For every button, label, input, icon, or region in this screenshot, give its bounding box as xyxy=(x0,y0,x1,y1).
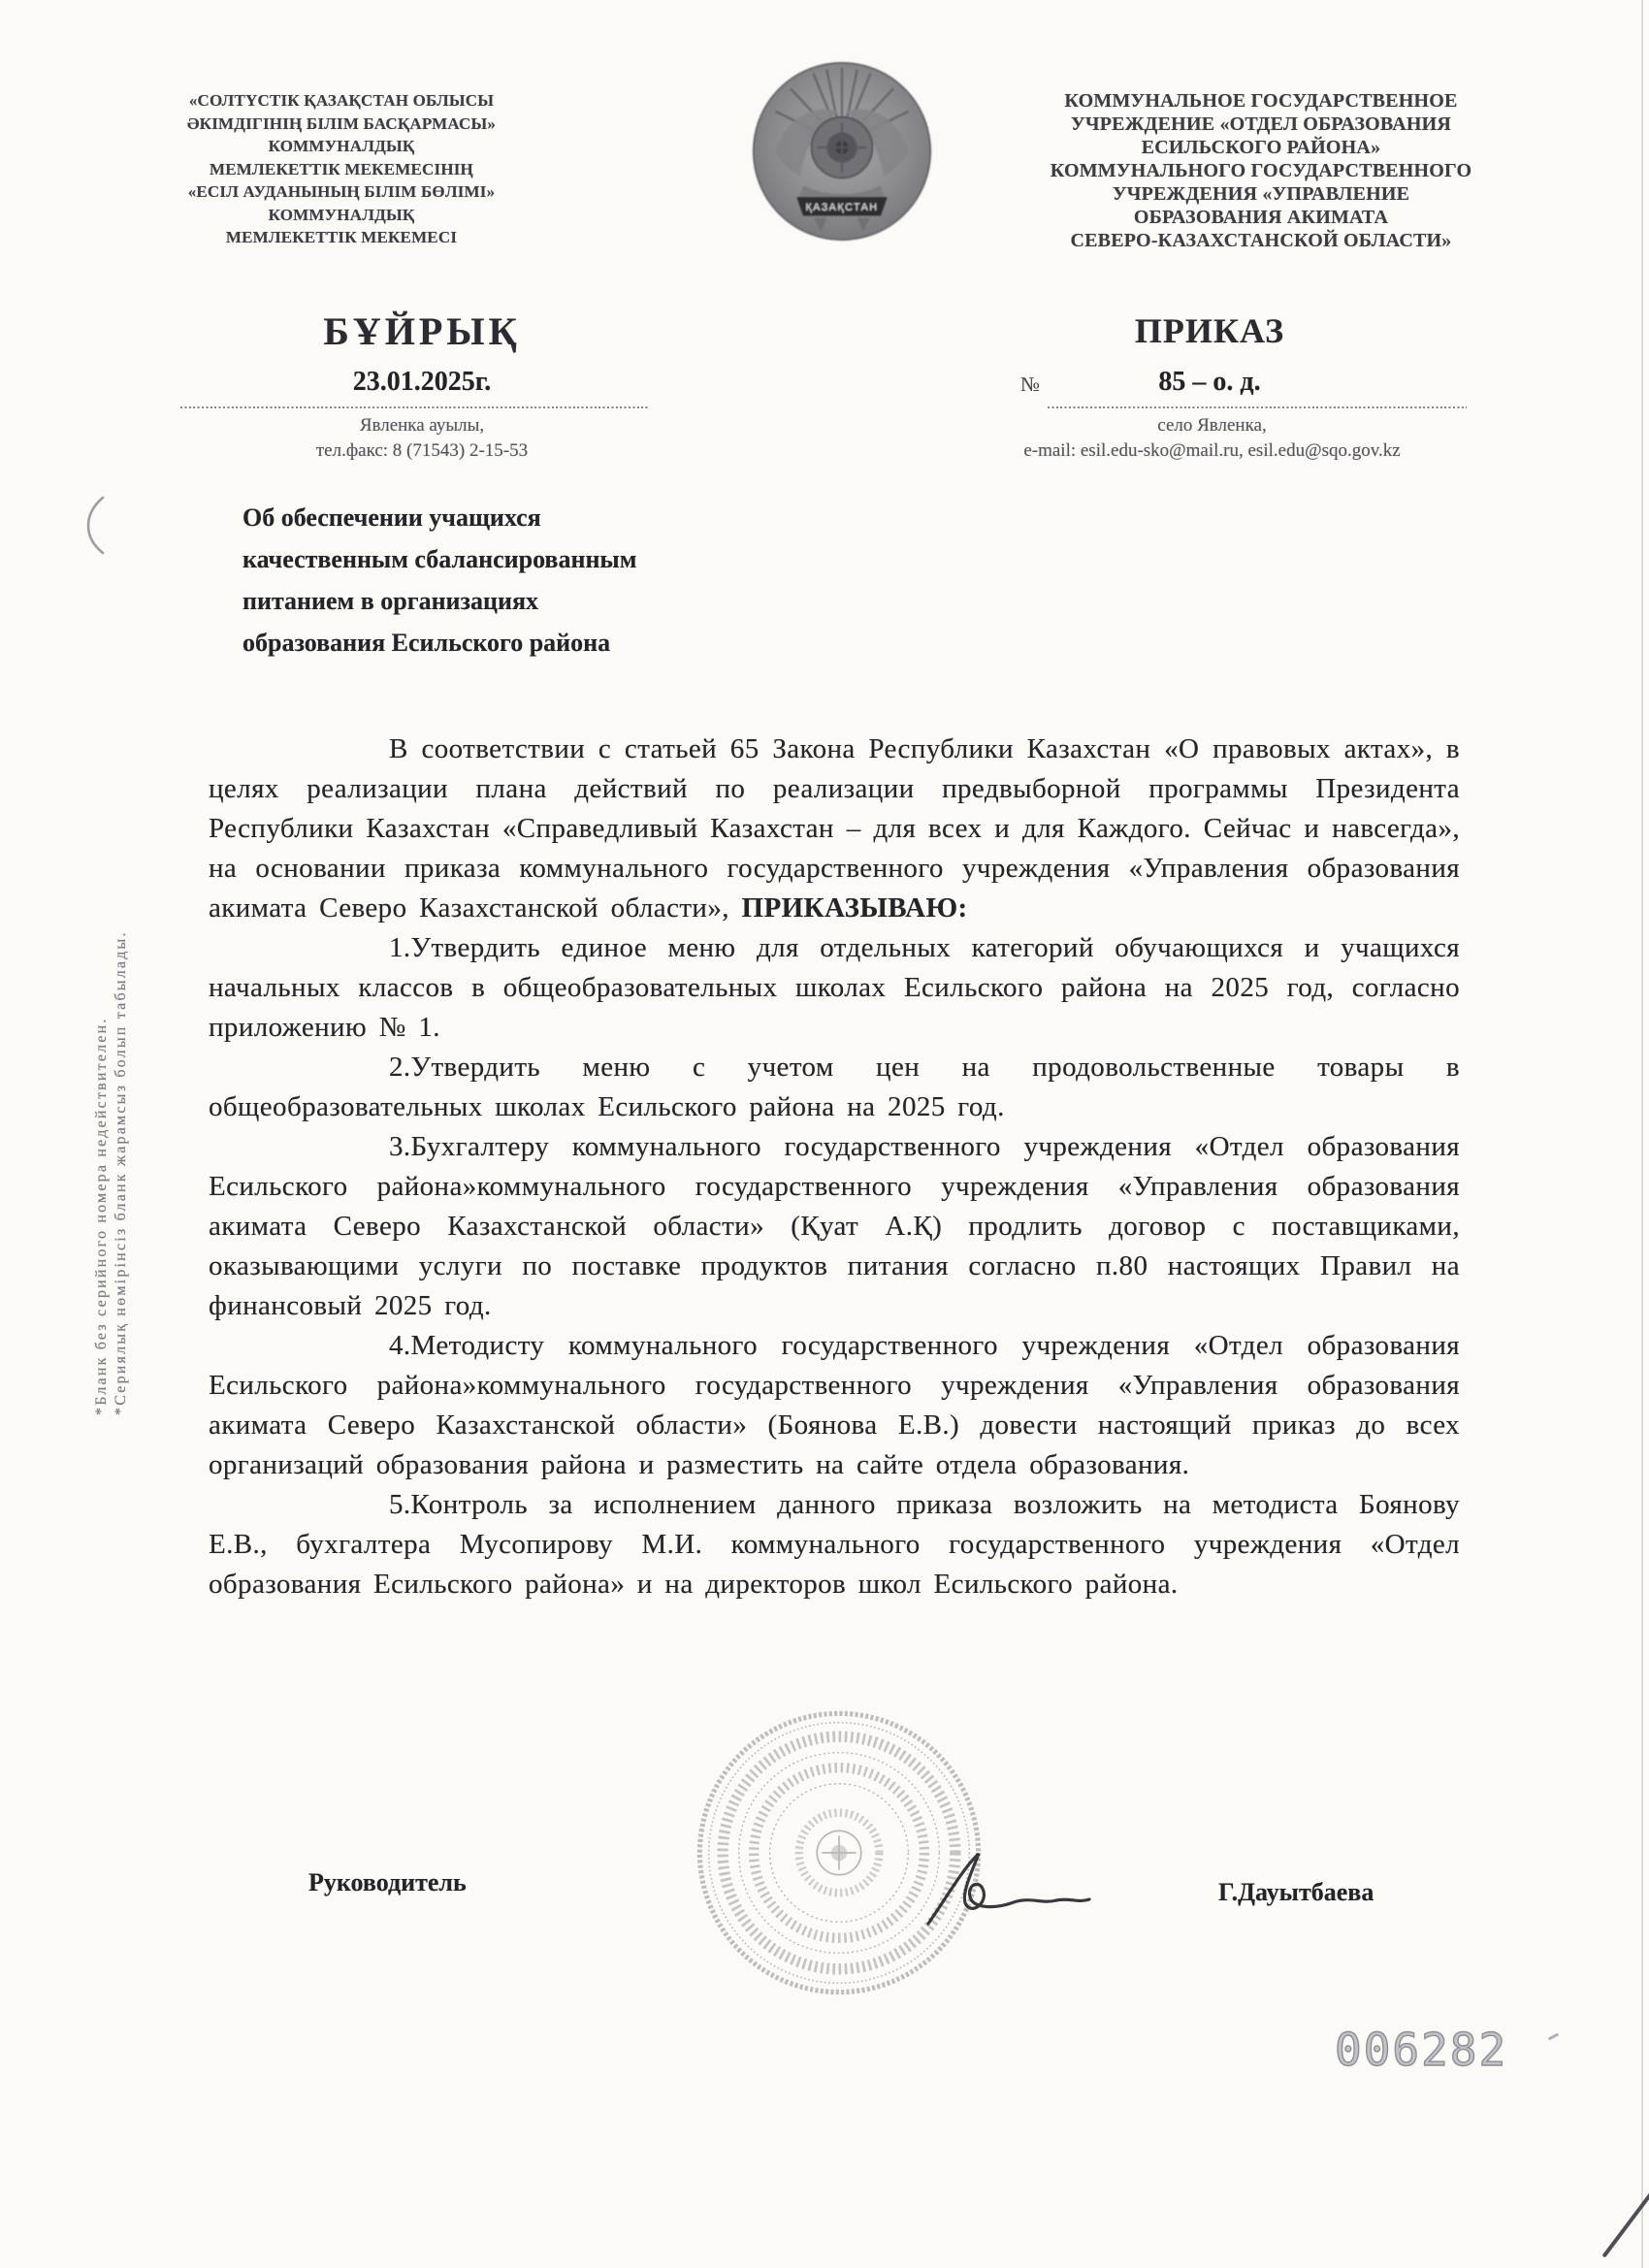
place-russian: село Явленка, xyxy=(962,413,1462,438)
signature-name: Г.Дауытбаева xyxy=(1218,1878,1374,1907)
side-note-kazakh: *Сериялық нөмірінсіз бланк жарамсыз болы… xyxy=(112,866,131,1415)
intro-resolution-word: ПРИКАЗЫВАЮ: xyxy=(742,892,968,923)
scan-edge-line xyxy=(1641,0,1643,2268)
order-date: 23.01.2025г. xyxy=(228,367,616,398)
phone-fax: тел.факс: 8 (71543) 2-15-53 xyxy=(228,438,616,464)
place-block-russian: село Явленка, e-mail: esil.edu-sko@mail.… xyxy=(962,413,1462,464)
order-item-3: 3.Бухгалтеру коммунального государственн… xyxy=(209,1127,1460,1326)
order-item-1: 1.Утвердить единое меню для отдельных ка… xyxy=(209,928,1460,1048)
org-name-russian: КОММУНАЛЬНОЕ ГОСУДАРСТВЕННОЕ УЧРЕЖДЕНИЕ … xyxy=(997,89,1525,252)
handwritten-signature xyxy=(917,1848,1096,1930)
order-title-russian: ПРИКАЗ xyxy=(1016,310,1404,351)
org-name-kazakh: «СОЛТҮСТІК ҚАЗАҚСТАН ОБЛЫСЫ ӘКІМДІГІНІҢ … xyxy=(145,89,537,249)
order-item-4: 4.Методисту коммунального государственно… xyxy=(209,1326,1460,1485)
emblem-banner-label: ҚАЗАҚСТАН xyxy=(805,202,878,213)
place-kazakh: Явленка ауылы, xyxy=(228,413,616,438)
place-block-kazakh: Явленка ауылы, тел.факс: 8 (71543) 2-15-… xyxy=(228,413,616,464)
date-underline xyxy=(180,406,648,408)
email-line: e-mail: esil.edu-sko@mail.ru, esil.edu@s… xyxy=(962,438,1462,464)
side-note-russian: *Бланк без серийного номера недействител… xyxy=(92,866,112,1415)
order-item-2: 2.Утвердить меню с учетом цен на продово… xyxy=(209,1048,1460,1127)
form-serial-number: 006282 xyxy=(1335,2024,1507,2076)
number-underline xyxy=(1048,406,1467,408)
signature-role: Руководитель xyxy=(308,1868,467,1897)
pen-curve-mark xyxy=(78,495,109,557)
order-title-kazakh: БҰЙРЫҚ xyxy=(228,308,616,354)
kazakhstan-emblem: ҚАЗАҚСТАН xyxy=(747,56,937,246)
order-body: В соответствии с статьей 65 Закона Респу… xyxy=(209,729,1460,1604)
order-item-5: 5.Контроль за исполнением данного приказ… xyxy=(209,1485,1460,1604)
pen-tick-mark xyxy=(1548,2033,1559,2041)
order-subject: Об обеспечении учащихся качественным сба… xyxy=(242,497,824,664)
intro-paragraph: В соответствии с статьей 65 Закона Респу… xyxy=(209,729,1460,928)
order-number: 85 – о. д. xyxy=(1016,367,1404,398)
document-page: «СОЛТҮСТІК ҚАЗАҚСТАН ОБЛЫСЫ ӘКІМДІГІНІҢ … xyxy=(0,0,1649,2268)
side-note: *Бланк без серийного номера недействител… xyxy=(92,866,131,1415)
